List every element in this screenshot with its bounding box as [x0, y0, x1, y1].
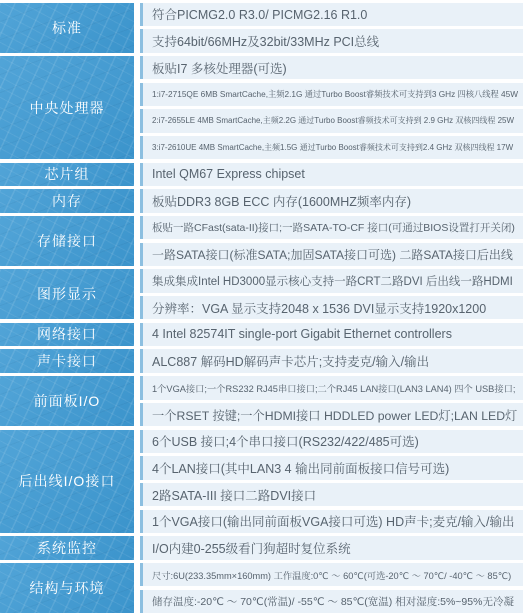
spec-category-label: 标准: [0, 3, 134, 53]
spec-value-row: 2:i7-2655LE 4MB SmartCache,主频2.2G 通过Turb…: [140, 109, 523, 132]
spec-value-row: Intel QM67 Express chipset: [140, 163, 523, 186]
spec-value-row: 1个VGA接口;一个RS232 RJ45串口接口;二个RJ45 LAN接口(LA…: [140, 376, 523, 399]
spec-category-label: 存储接口: [0, 216, 134, 266]
spec-section: 后出线I/O接口6个USB 接口;4个串口接口(RS232/422/485可选)…: [0, 430, 523, 533]
spec-value-group: 1个VGA接口;一个RS232 RJ45串口接口;二个RJ45 LAN接口(LA…: [140, 376, 523, 426]
spec-value-group: ALC887 解码HD解码声卡芯片;支持麦克/输入/输出: [140, 349, 523, 372]
spec-value-group: I/O内建0-255级看门狗超时复位系统: [140, 536, 523, 559]
spec-category-label: 后出线I/O接口: [0, 430, 134, 533]
spec-value-group: 集成集成Intel HD3000显示核心支持一路CRT二路DVI 后出线一路HD…: [140, 269, 523, 319]
spec-value-group: 符合PICMG2.0 R3.0/ PICMG2.16 R1.0支持64bit/6…: [140, 3, 523, 53]
spec-category-label: 系统监控: [0, 536, 134, 559]
spec-value-row: 4个LAN接口(其中LAN3 4 输出同前面板接口信号可选): [140, 456, 523, 479]
spec-value-row: 4 Intel 82574IT single-port Gigabit Ethe…: [140, 323, 523, 346]
spec-value-row: 一个RSET 按键;一个HDMI接口 HDDLED power LED灯;LAN…: [140, 403, 523, 426]
spec-value-group: 尺寸:6U(233.35mm×160mm) 工作温度:0℃ ～ 60℃(可选-2…: [140, 563, 523, 613]
spec-section: 网络接口4 Intel 82574IT single-port Gigabit …: [0, 323, 523, 346]
spec-value-row: 板贴DDR3 8GB ECC 内存(1600MHZ频率内存): [140, 189, 523, 212]
spec-category-label: 中央处理器: [0, 56, 134, 159]
spec-section: 芯片组Intel QM67 Express chipset: [0, 163, 523, 186]
spec-value-row: 支持64bit/66MHz及32bit/33MHz PCI总线: [140, 29, 523, 52]
spec-value-group: 4 Intel 82574IT single-port Gigabit Ethe…: [140, 323, 523, 346]
spec-value-row: 板贴一路CFast(sata-II)接口;一路SATA-TO-CF 接口(可通过…: [140, 216, 523, 239]
spec-section: 前面板I/O1个VGA接口;一个RS232 RJ45串口接口;二个RJ45 LA…: [0, 376, 523, 426]
spec-value-row: 分辨率：VGA 显示支持2048 x 1536 DVI显示支持1920x1200: [140, 296, 523, 319]
spec-section: 图形显示集成集成Intel HD3000显示核心支持一路CRT二路DVI 后出线…: [0, 269, 523, 319]
spec-value-row: 2路SATA-III 接口二路DVI接口: [140, 483, 523, 506]
spec-category-label: 网络接口: [0, 323, 134, 346]
spec-value-group: 6个USB 接口;4个串口接口(RS232/422/485可选)4个LAN接口(…: [140, 430, 523, 533]
spec-value-group: 板贴DDR3 8GB ECC 内存(1600MHZ频率内存): [140, 189, 523, 212]
spec-category-label: 内存: [0, 189, 134, 212]
spec-value-row: 储存温度:-20℃ ～ 70℃(常温)/ -55℃ ～ 85℃(宽温) 相对湿度…: [140, 590, 523, 613]
spec-value-group: Intel QM67 Express chipset: [140, 163, 523, 186]
spec-category-label: 声卡接口: [0, 349, 134, 372]
spec-category-label: 芯片组: [0, 163, 134, 186]
spec-value-row: 3:i7-2610UE 4MB SmartCache,主频1.5G 通过Turb…: [140, 136, 523, 159]
spec-value-row: 尺寸:6U(233.35mm×160mm) 工作温度:0℃ ～ 60℃(可选-2…: [140, 563, 523, 586]
spec-value-row: I/O内建0-255级看门狗超时复位系统: [140, 536, 523, 559]
spec-category-label: 前面板I/O: [0, 376, 134, 426]
spec-category-label: 结构与环境: [0, 563, 134, 613]
spec-value-row: 一路SATA接口(标准SATA;加固SATA接口可选) 二路SATA接口后出线: [140, 243, 523, 266]
spec-section: 系统监控I/O内建0-255级看门狗超时复位系统: [0, 536, 523, 559]
spec-section: 存储接口板贴一路CFast(sata-II)接口;一路SATA-TO-CF 接口…: [0, 216, 523, 266]
spec-section: 中央处理器板贴I7 多核处理器(可选)1:i7-2715QE 6MB Smart…: [0, 56, 523, 159]
spec-value-row: 1个VGA接口(输出同前面板VGA接口可选) HD声卡;麦克/输入/输出: [140, 510, 523, 533]
spec-section: 结构与环境尺寸:6U(233.35mm×160mm) 工作温度:0℃ ～ 60℃…: [0, 563, 523, 613]
spec-section: 声卡接口ALC887 解码HD解码声卡芯片;支持麦克/输入/输出: [0, 349, 523, 372]
spec-value-row: 集成集成Intel HD3000显示核心支持一路CRT二路DVI 后出线一路HD…: [140, 269, 523, 292]
spec-value-row: 1:i7-2715QE 6MB SmartCache,主频2.1G 通过Turb…: [140, 83, 523, 106]
spec-value-row: 6个USB 接口;4个串口接口(RS232/422/485可选): [140, 430, 523, 453]
spec-value-row: ALC887 解码HD解码声卡芯片;支持麦克/输入/输出: [140, 349, 523, 372]
spec-section: 标准符合PICMG2.0 R3.0/ PICMG2.16 R1.0支持64bit…: [0, 3, 523, 53]
spec-value-group: 板贴一路CFast(sata-II)接口;一路SATA-TO-CF 接口(可通过…: [140, 216, 523, 266]
spec-value-row: 板贴I7 多核处理器(可选): [140, 56, 523, 79]
spec-value-row: 符合PICMG2.0 R3.0/ PICMG2.16 R1.0: [140, 3, 523, 26]
spec-table: 标准符合PICMG2.0 R3.0/ PICMG2.16 R1.0支持64bit…: [0, 0, 523, 614]
spec-value-group: 板贴I7 多核处理器(可选)1:i7-2715QE 6MB SmartCache…: [140, 56, 523, 159]
spec-category-label: 图形显示: [0, 269, 134, 319]
spec-section: 内存板贴DDR3 8GB ECC 内存(1600MHZ频率内存): [0, 189, 523, 212]
